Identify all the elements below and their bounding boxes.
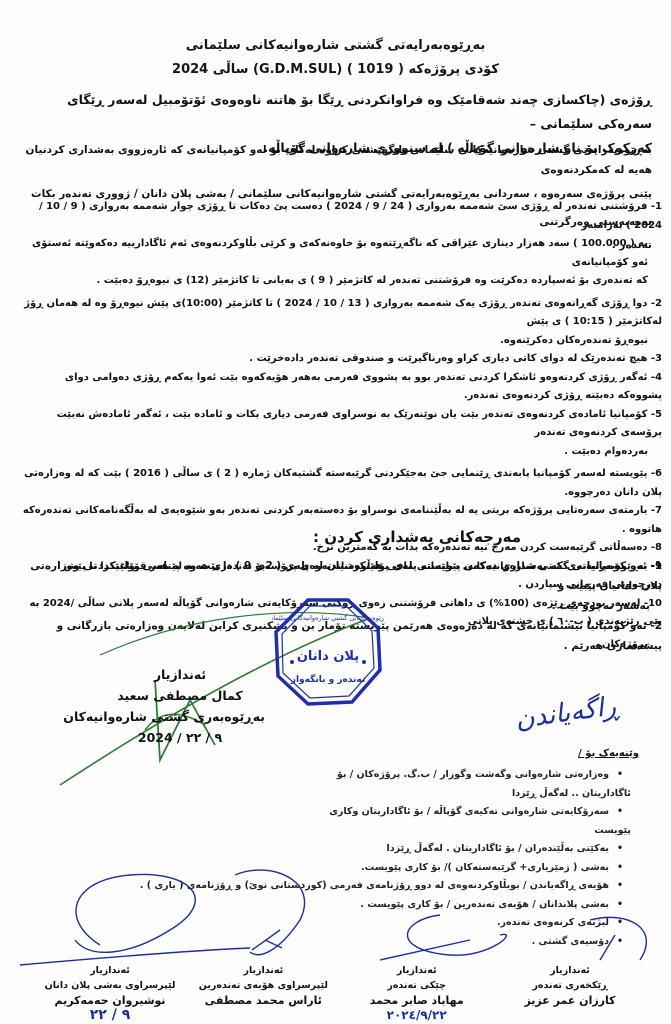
stamp-ring-text: بەڕێوەبەرایەتی گشتی شارەوانیەکانی سلێمان… [272, 614, 384, 622]
signature-date: ٢٠٢٤/٩/٢٢ [347, 1008, 487, 1023]
term-item: 6- پێویستە لەسەر کۆمپانیا پابەندی ڕێنمای… [22, 465, 662, 502]
signer-name: مهاباد صابر محمد [347, 993, 487, 1008]
copy-recipient: وەزارەتی شارەوانی وگەشت وگوزار / ب.گ. پر… [291, 766, 631, 803]
term-item-cont: بەردەوام دەبێت . [22, 443, 662, 462]
signature-date: 2024 / ٩ / ٢٢ [95, 727, 265, 748]
term-item-cont: نیوەڕۆ تەندەرەکان دەکرێنەوە. [22, 332, 662, 351]
term-item-cont: کە تەندەری بۆ ئەسپاردە دەکرێت وە فرۆشتنی… [22, 272, 662, 291]
copy-recipient: سەرۆکایەتی شارەوانی تەکیەی گۆپاڵە / بۆ ئ… [291, 803, 631, 840]
signature-date: ٩ / ٢٢ [40, 1008, 180, 1023]
stamp-sub-text: تەندەر و بانگەواز [290, 673, 365, 685]
term-item: 4- ئەگەر ڕۆژی کردنەوەو ئاشکرا کردنی تەند… [22, 369, 662, 406]
signers-row: ئەندازیار ڕێکخەری تەندەر کارزان عمر عزیز… [40, 963, 640, 1023]
term-item-cont: بە ( 100.000 ) سەد هەزار دیناری عێراقی ک… [22, 235, 662, 272]
signer-name: کمال مصطفى سعيد [95, 685, 265, 706]
signer-position: لێپرسراوی بەشی پلان دانان [40, 978, 180, 993]
signer-position: لێپرسراوی هۆبەی تەندەرین [193, 978, 333, 993]
signature-strokes-blue [20, 860, 670, 970]
signer-title: ئەندازیار [193, 963, 333, 978]
signer-title: ئەندازیار [500, 963, 640, 978]
signer-block: ئەندازیار چێکی تەندەر مهاباد صابر محمد ٢… [347, 963, 487, 1023]
official-stamp: بەڕێوەبەرایەتی گشتی شارەوانیەکانی سلێمان… [272, 596, 384, 708]
term-item: 5- کۆمپانیا ئامادەی کردنەوەی تەندەر بێت … [22, 406, 662, 443]
term-item: 1- فرۆشتنی تەندەر لە ڕۆژی سێ شەممە بەروا… [22, 198, 662, 235]
copy-recipient: یەکێتی بەڵێندەران / بۆ ئاگاداریتان . لەگ… [291, 840, 631, 859]
project-code-heading: کۆدی پرۆژەکە ( 1019 ) (G.D.M.SUL) ساڵی 2… [0, 62, 671, 77]
signer-position: چێکی تەندەر [347, 978, 487, 993]
intro-line: بەڕێوەبەرایەتی گشتی شارەوانیەکانی سلێمان… [22, 140, 652, 180]
signer-title: ئەندازیار [40, 963, 180, 978]
tender-announcement-page: بەڕێوەبەرایەتی گشتی شارەوانیەکانی سلێمان… [0, 0, 671, 1024]
signer-position: بەڕێوەبەری گشتی شارەوانیەکان [95, 706, 265, 727]
requirements-heading: مەرجەکانی بەشداری کردن : [313, 528, 521, 546]
signer-block: ئەندازیار لێپرسراوی بەشی پلان دانان نوشی… [40, 963, 180, 1023]
requirement-item: 1- ئەو کۆمپانیانەی کە بەشداری دەکەن پێوی… [22, 556, 662, 596]
handwritten-note: ڕاگەیاندن [513, 691, 621, 735]
term-item: 3- هیچ تەندەرێک لە دوای کاتی دیاری کراو … [22, 350, 662, 369]
stamp-main-text: پلان دانان [297, 649, 359, 664]
signer-name: ئاراس محمد مصطفى [193, 993, 333, 1008]
term-item: 2- دوا ڕۆژی گەڕانەوەی تەندەر ڕۆژی یەک شە… [22, 295, 662, 332]
copies-heading: وێنەیەک بۆ / [578, 748, 639, 759]
signer-name: نوشیروان حەمەکریم [40, 993, 180, 1008]
signer-block: ئەندازیار ڕێکخەری تەندەر کارزان عمر عزیز [500, 963, 640, 1023]
signer-block: ئەندازیار لێپرسراوی هۆبەی تەندەرین ئاراس… [193, 963, 333, 1023]
main-signature-block: ئەندازیار کمال مصطفى سعيد بەڕێوەبەری گشت… [95, 664, 265, 748]
directorate-heading: بەڕێوەبەرایەتی گشتی شارەوانیەکانی سلێمان… [0, 38, 671, 53]
project-title-line: ڕۆژەی (چاکسازی چەند شەقامێک وە فراوانکرد… [22, 88, 652, 136]
signer-title: ئەندازیار [347, 963, 487, 978]
signer-title: ئەندازیار [95, 664, 265, 685]
signer-position: ڕێکخەری تەندەر [500, 978, 640, 993]
signer-name: کارزان عمر عزیز [500, 993, 640, 1008]
